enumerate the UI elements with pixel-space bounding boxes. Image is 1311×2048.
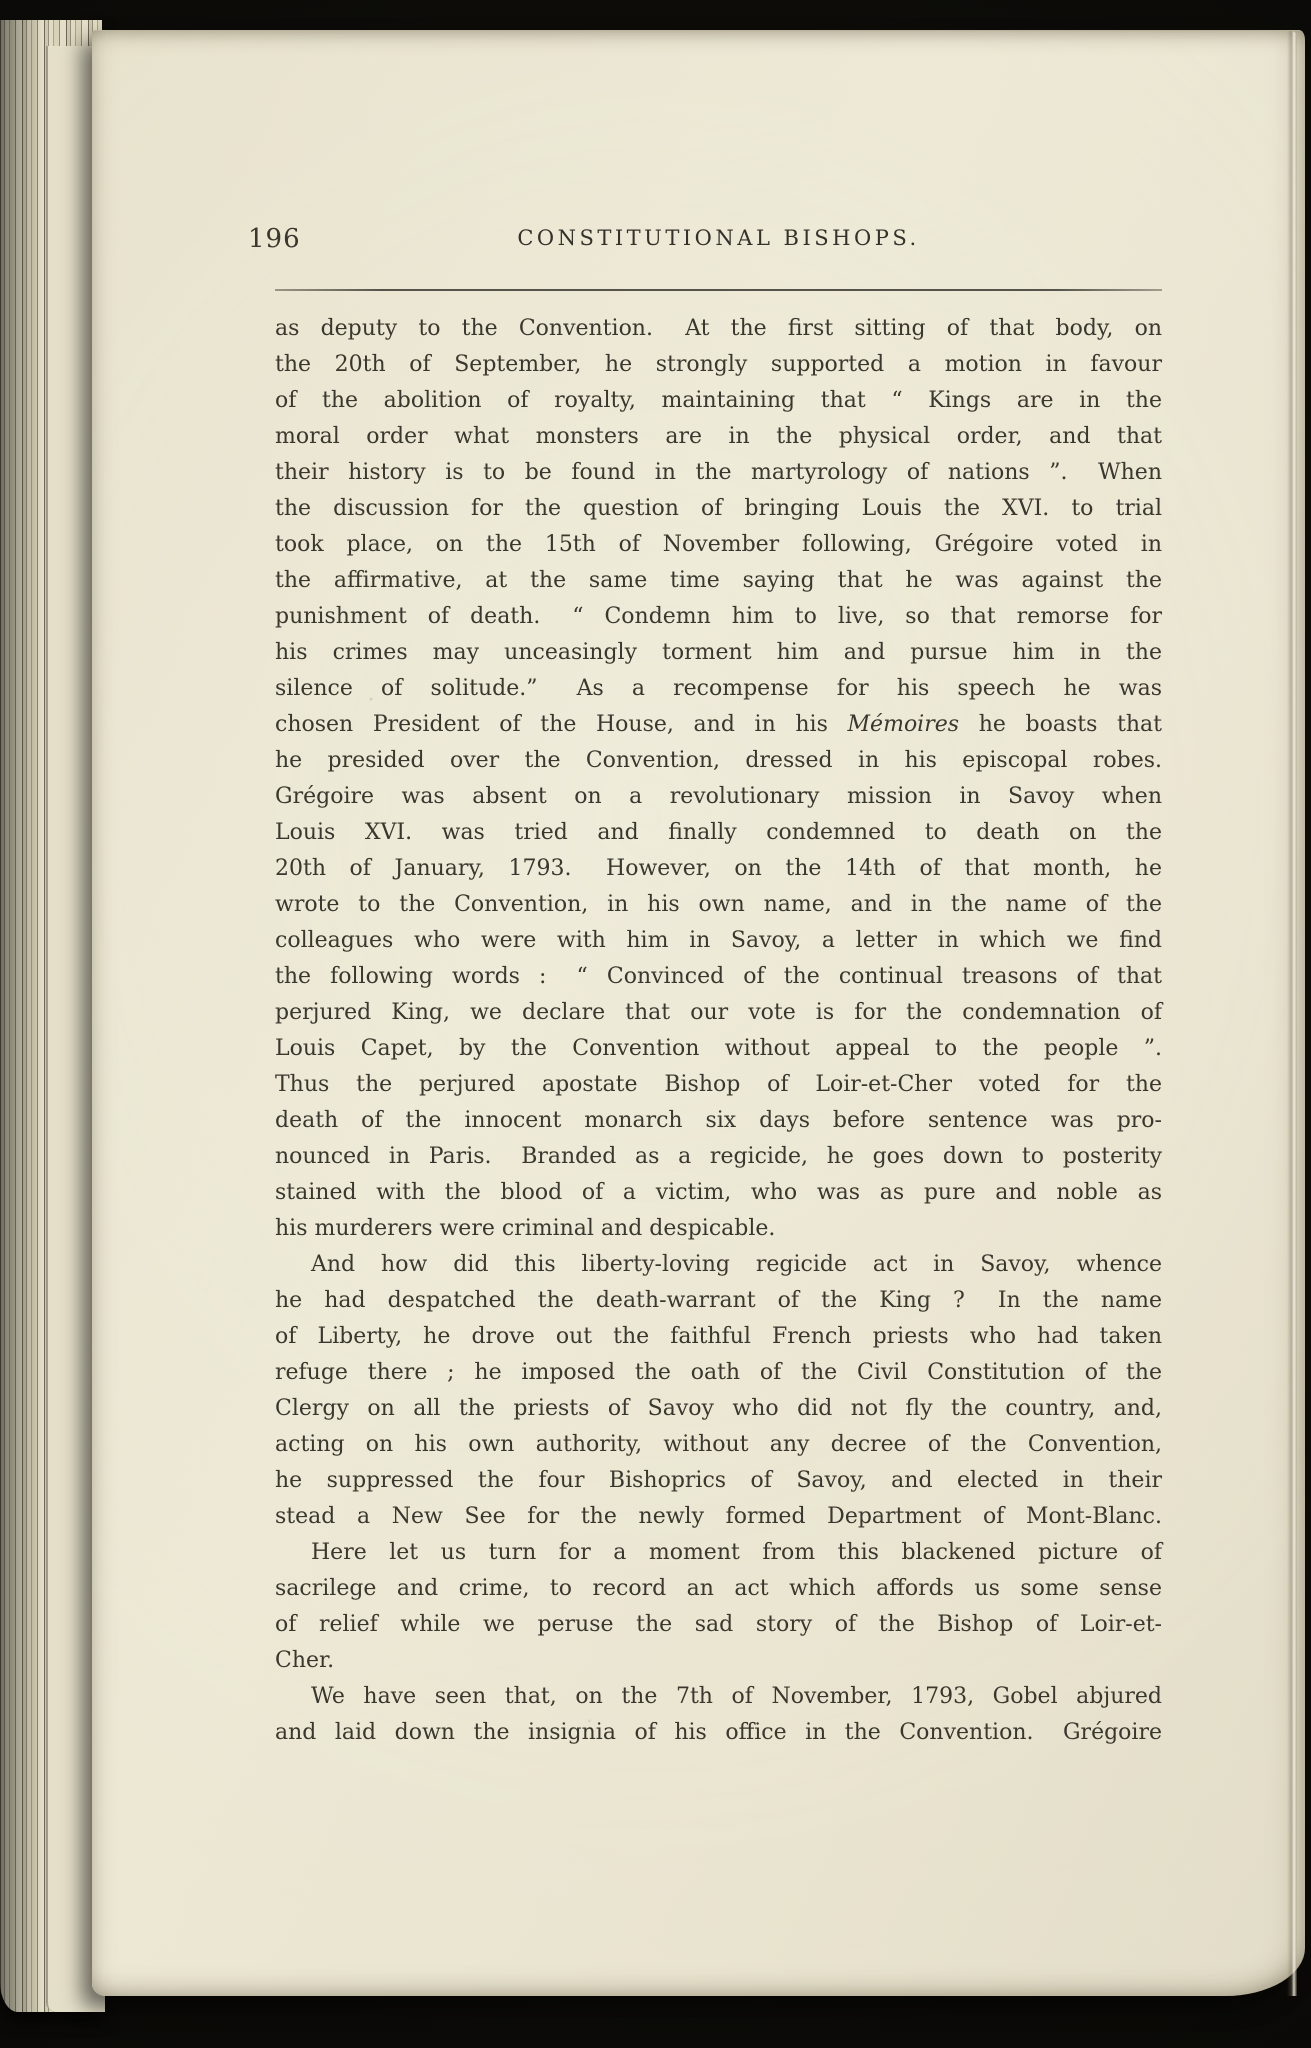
text-segment: of relief while we peruse the sad story …	[275, 1612, 1162, 1637]
text-segment: his crimes may unceasingly torment him a…	[275, 640, 1162, 665]
text-segment: refuge there ; he imposed the oath of th…	[275, 1360, 1162, 1385]
text-line: moral order what monsters are in the phy…	[275, 419, 1162, 455]
text-line: Louis XVI. was tried and finally condemn…	[275, 815, 1162, 851]
text-line: death of the innocent monarch six days b…	[275, 1103, 1162, 1139]
text-segment: punishment of death. “ Condemn him to li…	[275, 604, 1162, 629]
text-segment: as deputy to the Convention. At the firs…	[275, 316, 1162, 341]
text-segment: Here let us turn for a moment from this …	[311, 1540, 1162, 1565]
text-line: Louis Capet, by the Convention without a…	[275, 1031, 1162, 1067]
text-segment: Grégoire was absent on a revolutionary m…	[275, 784, 1162, 809]
text-segment: of the abolition of royalty, maintaining…	[275, 388, 1162, 413]
text-segment: he suppressed the four Bishoprics of Sav…	[275, 1468, 1162, 1493]
text-line: acting on his own authority, without any…	[275, 1427, 1162, 1463]
text-line: silence of solitude.” As a recompense fo…	[275, 671, 1162, 707]
text-line: We have seen that, on the 7th of Novembe…	[275, 1679, 1162, 1715]
text-line: of the abolition of royalty, maintaining…	[275, 383, 1162, 419]
book-page: 196 CONSTITUTIONAL BISHOPS. as deputy to…	[92, 30, 1305, 1996]
gutter-crease	[1287, 31, 1297, 1996]
text-segment: the discussion for the question of bring…	[275, 496, 1162, 521]
text-line: punishment of death. “ Condemn him to li…	[275, 599, 1162, 635]
text-segment: colleagues who were with him in Savoy, a…	[275, 928, 1162, 953]
text-line: colleagues who were with him in Savoy, a…	[275, 923, 1162, 959]
text-line: his crimes may unceasingly torment him a…	[275, 635, 1162, 671]
text-segment: moral order what monsters are in the phy…	[275, 424, 1162, 449]
text-segment: Clergy on all the priests of Savoy who d…	[275, 1396, 1162, 1421]
header-rule	[275, 289, 1162, 291]
text-segment: silence of solitude.” As a recompense fo…	[275, 676, 1162, 701]
text-line: as deputy to the Convention. At the firs…	[275, 311, 1162, 347]
page-text: as deputy to the Convention. At the firs…	[275, 311, 1162, 1751]
text-line: took place, on the 15th of November foll…	[275, 527, 1162, 563]
text-segment: he presided over the Convention, dressed…	[275, 748, 1162, 773]
text-segment: 20th of January, 1793. However, on the 1…	[275, 856, 1162, 881]
text-line: Cher.	[275, 1643, 1162, 1679]
text-line: nounced in Paris. Branded as a regicide,…	[275, 1139, 1162, 1175]
text-segment: and laid down the insignia of his office…	[275, 1720, 1162, 1745]
text-segment: the 20th of September, he strongly suppo…	[275, 352, 1162, 377]
text-line: stead a New See for the newly formed Dep…	[275, 1499, 1162, 1535]
text-segment: stead a New See for the newly formed Dep…	[275, 1504, 1162, 1529]
text-line: his murderers were criminal and despicab…	[275, 1211, 1162, 1247]
text-segment: Thus the perjured apostate Bishop of Loi…	[275, 1072, 1162, 1097]
text-line: perjured King, we declare that our vote …	[275, 995, 1162, 1031]
text-segment: We have seen that, on the 7th of Novembe…	[311, 1684, 1162, 1709]
text-line: their history is to be found in the mart…	[275, 455, 1162, 491]
text-line: he suppressed the four Bishoprics of Sav…	[275, 1463, 1162, 1499]
text-segment: Cher.	[275, 1648, 334, 1673]
text-line: the discussion for the question of bring…	[275, 491, 1162, 527]
text-line: he presided over the Convention, dressed…	[275, 743, 1162, 779]
text-line: Here let us turn for a moment from this …	[275, 1535, 1162, 1571]
text-segment: perjured King, we declare that our vote …	[275, 1000, 1162, 1025]
text-segment: sacrilege and crime, to record an act wh…	[275, 1576, 1162, 1601]
text-segment: acting on his own authority, without any…	[275, 1432, 1162, 1457]
text-segment: wrote to the Convention, in his own name…	[275, 892, 1162, 917]
text-segment: the following words : “ Convinced of the…	[275, 964, 1162, 989]
text-line: of relief while we peruse the sad story …	[275, 1607, 1162, 1643]
text-line: Thus the perjured apostate Bishop of Loi…	[275, 1067, 1162, 1103]
book-photo: 196 CONSTITUTIONAL BISHOPS. as deputy to…	[0, 0, 1311, 2048]
running-header: CONSTITUTIONAL BISHOPS.	[275, 223, 1162, 253]
italic-text-segment: Mémoires	[848, 712, 960, 737]
text-line: Clergy on all the priests of Savoy who d…	[275, 1391, 1162, 1427]
text-segment: their history is to be found in the mart…	[275, 460, 1162, 485]
text-segment: his murderers were criminal and despicab…	[275, 1216, 775, 1241]
text-line: the affirmative, at the same time saying…	[275, 563, 1162, 599]
text-line: he had despatched the death-warrant of t…	[275, 1283, 1162, 1319]
text-line: the following words : “ Convinced of the…	[275, 959, 1162, 995]
text-segment: of Liberty, he drove out the faithful Fr…	[275, 1324, 1162, 1349]
text-line: refuge there ; he imposed the oath of th…	[275, 1355, 1162, 1391]
text-segment: Louis Capet, by the Convention without a…	[275, 1036, 1162, 1061]
page-number: 196	[248, 223, 301, 255]
text-line: 20th of January, 1793. However, on the 1…	[275, 851, 1162, 887]
text-segment: death of the innocent monarch six days b…	[275, 1108, 1162, 1133]
text-segment: he boasts that	[959, 712, 1162, 737]
text-line: and laid down the insignia of his office…	[275, 1715, 1162, 1751]
text-segment: nounced in Paris. Branded as a regicide,…	[275, 1144, 1162, 1169]
text-line: sacrilege and crime, to record an act wh…	[275, 1571, 1162, 1607]
text-line: wrote to the Convention, in his own name…	[275, 887, 1162, 923]
text-line: stained with the blood of a victim, who …	[275, 1175, 1162, 1211]
text-segment: he had despatched the death-warrant of t…	[275, 1288, 1162, 1313]
text-line: And how did this liberty-loving regicide…	[275, 1247, 1162, 1283]
text-line: the 20th of September, he strongly suppo…	[275, 347, 1162, 383]
text-segment: took place, on the 15th of November foll…	[275, 532, 1162, 557]
text-line: chosen President of the House, and in hi…	[275, 707, 1162, 743]
text-segment: And how did this liberty-loving regicide…	[311, 1252, 1162, 1277]
text-line: of Liberty, he drove out the faithful Fr…	[275, 1319, 1162, 1355]
text-segment: Louis XVI. was tried and finally condemn…	[275, 820, 1162, 845]
text-segment: stained with the blood of a victim, who …	[275, 1180, 1162, 1205]
text-segment: chosen President of the House, and in hi…	[275, 712, 848, 737]
page-header: 196 CONSTITUTIONAL BISHOPS.	[275, 223, 1162, 259]
text-line: Grégoire was absent on a revolutionary m…	[275, 779, 1162, 815]
text-segment: the affirmative, at the same time saying…	[275, 568, 1162, 593]
